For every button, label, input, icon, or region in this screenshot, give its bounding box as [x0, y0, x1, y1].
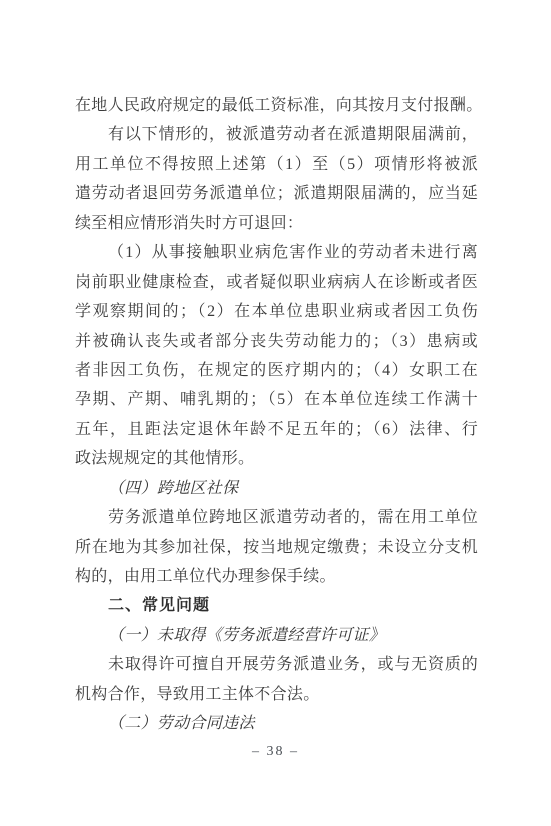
text-line: 机构合作，导致用工主体不合法。 — [75, 680, 478, 709]
text-line: 二、常见问题 — [75, 591, 478, 620]
text-line: 在地人民政府规定的最低工资标准，向其按月支付报酬。 — [75, 91, 478, 120]
text-line: 五年，且距法定退休年龄不足五年的；（6）法律、行 — [75, 415, 478, 444]
text-line: 孕期、产期、哺乳期的；（5）在本单位连续工作满十 — [75, 385, 478, 414]
page-number: – 38 – — [0, 744, 551, 760]
text-line: 学观察期间的；（2）在本单位患职业病或者因工负伤 — [75, 297, 478, 326]
text-line: 劳务派遣单位跨地区派遣劳动者的，需在用工单位 — [75, 503, 478, 532]
text-line: 有以下情形的，被派遣劳动者在派遣期限届满前， — [75, 120, 478, 149]
text-line: （四）跨地区社保 — [75, 474, 478, 503]
text-line: 政法规规定的其他情形。 — [75, 444, 478, 473]
text-line: （1）从事接触职业病危害作业的劳动者未进行离 — [75, 238, 478, 267]
text-line: 岗前职业健康检查，或者疑似职业病病人在诊断或者医 — [75, 268, 478, 297]
text-line: 所在地为其参加社保，按当地规定缴费；未设立分支机 — [75, 533, 478, 562]
text-line: 未取得许可擅自开展劳务派遣业务，或与无资质的 — [75, 650, 478, 679]
text-line: 用工单位不得按照上述第（1）至（5）项情形将被派 — [75, 150, 478, 179]
text-line: 者非因工负伤，在规定的医疗期内的；（4）女职工在 — [75, 356, 478, 385]
text-line: 续至相应情形消失时方可退回： — [75, 209, 478, 238]
document-page: 在地人民政府规定的最低工资标准，向其按月支付报酬。有以下情形的，被派遣劳动者在派… — [0, 0, 551, 826]
text-line: 遣劳动者退回劳务派遣单位；派遣期限届满的，应当延 — [75, 179, 478, 208]
text-line: （二）劳动合同违法 — [75, 709, 478, 738]
text-line: 并被确认丧失或者部分丧失劳动能力的；（3）患病或 — [75, 327, 478, 356]
text-line: （一）未取得《劳务派遣经营许可证》 — [75, 621, 478, 650]
page-text: 在地人民政府规定的最低工资标准，向其按月支付报酬。有以下情形的，被派遣劳动者在派… — [75, 91, 478, 739]
text-line: 构的，由用工单位代办理参保手续。 — [75, 562, 478, 591]
